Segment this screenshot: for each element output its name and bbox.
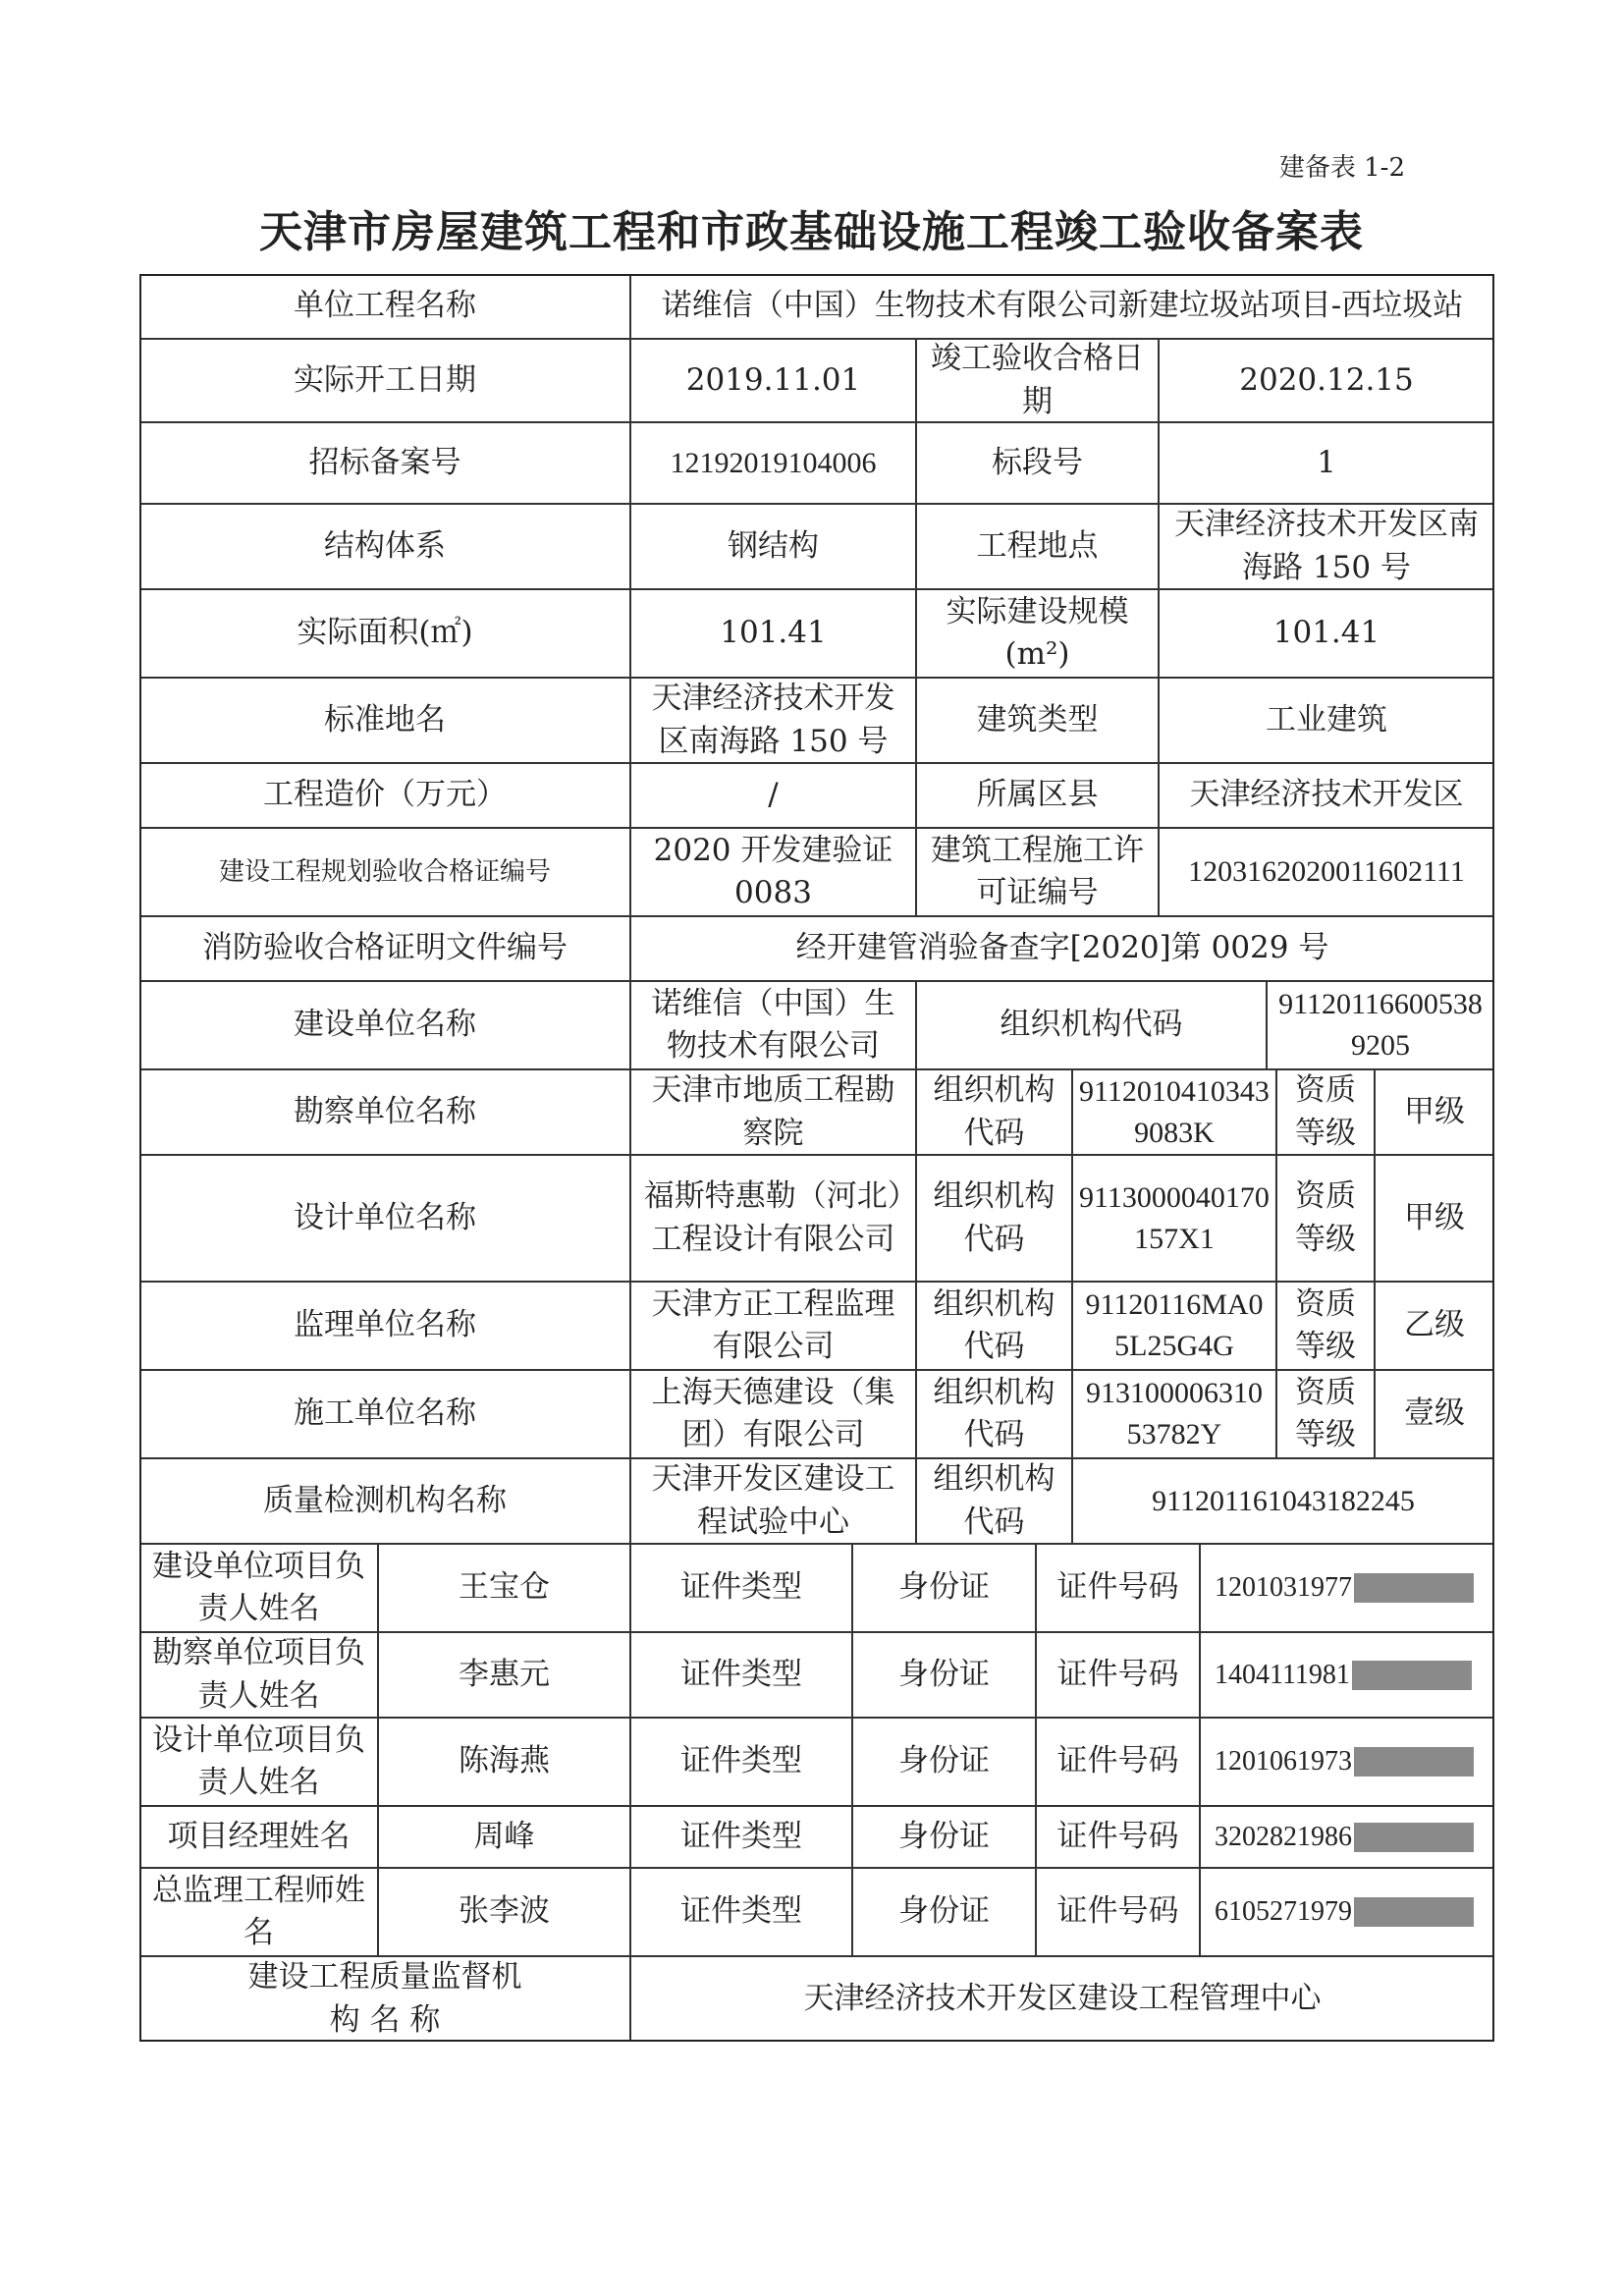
redaction-bar: [1352, 1661, 1472, 1690]
label-construction-permit: 建筑工程施工许可证编号: [916, 828, 1159, 916]
label-id-type: 证件类型: [630, 1544, 852, 1632]
label-area: 实际面积(㎡): [139, 589, 630, 678]
id-no-visible: 1201031977: [1215, 1568, 1352, 1607]
value-start-date: 2019.11.01: [630, 339, 916, 422]
label-design-grade: 资质等级: [1276, 1155, 1375, 1282]
value-contractor-grade: 壹级: [1375, 1370, 1494, 1458]
label-id-type: 证件类型: [630, 1806, 852, 1868]
person-role: 项目经理姓名: [139, 1806, 378, 1868]
value-testing-org-code: 911201161043182245: [1072, 1458, 1494, 1544]
person-id-type: 身份证: [852, 1544, 1036, 1632]
label-supervision-agency: 建设工程质量监督机 构 名 称: [139, 1956, 630, 2042]
person-id-type: 身份证: [852, 1632, 1036, 1718]
value-bid-no: 12192019104006: [630, 422, 916, 504]
label-testing-org-code: 组织机构代码: [916, 1458, 1072, 1544]
label-scale: 实际建设规模(m²): [916, 589, 1159, 678]
label-completion-date: 竣工验收合格日期: [916, 339, 1159, 422]
label-cost: 工程造价（万元）: [139, 763, 630, 828]
label-contractor-org-code: 组织机构代码: [916, 1370, 1072, 1458]
label-developer-org-code: 组织机构代码: [916, 981, 1267, 1069]
label-testing-agency: 质量检测机构名称: [139, 1458, 630, 1544]
value-project-name: 诺维信（中国）生物技术有限公司新建垃圾站项目-西垃圾站: [630, 274, 1494, 339]
id-no-visible: 1201061973: [1215, 1742, 1352, 1780]
label-supervisor-grade: 资质等级: [1276, 1282, 1375, 1370]
label-structure: 结构体系: [139, 504, 630, 589]
value-std-address: 天津经济技术开发区南海路 150 号: [630, 678, 916, 763]
label-building-type: 建筑类型: [916, 678, 1159, 763]
label-supervisor-unit: 监理单位名称: [139, 1282, 630, 1370]
label-contractor-grade: 资质等级: [1276, 1370, 1375, 1458]
person-id-no: 1201031977: [1200, 1544, 1494, 1632]
value-cost: /: [630, 763, 916, 828]
value-supervision-agency: 天津经济技术开发区建设工程管理中心: [630, 1956, 1494, 2042]
id-no-visible: 3202821986: [1215, 1818, 1352, 1856]
person-role: 勘察单位项目负责人姓名: [139, 1632, 378, 1718]
redaction-bar: [1354, 1897, 1474, 1927]
value-planning-cert: 2020 开发建验证 0083: [630, 828, 916, 916]
person-name: 王宝仓: [378, 1544, 630, 1632]
value-fire-cert: 经开建管消验备查字[2020]第 0029 号: [630, 916, 1494, 981]
label-survey-unit: 勘察单位名称: [139, 1069, 630, 1155]
label-std-address: 标准地名: [139, 678, 630, 763]
value-design-org-code: 9113000040170157X1: [1072, 1155, 1276, 1282]
value-survey-grade: 甲级: [1375, 1069, 1494, 1155]
form-code: 建备表 1-2: [1279, 147, 1405, 184]
label-project-name: 单位工程名称: [139, 274, 630, 339]
person-role: 建设单位项目负责人姓名: [139, 1544, 378, 1632]
page-title: 天津市房屋建筑工程和市政基础设施工程竣工验收备案表: [0, 196, 1623, 259]
person-role: 总监理工程师姓名: [139, 1868, 378, 1956]
label-contractor-unit: 施工单位名称: [139, 1370, 630, 1458]
value-design-grade: 甲级: [1375, 1155, 1494, 1282]
person-role: 设计单位项目负责人姓名: [139, 1718, 378, 1806]
person-name: 周峰: [378, 1806, 630, 1868]
value-design-unit-name: 福斯特惠勒（河北）工程设计有限公司: [630, 1155, 916, 1282]
label-location: 工程地点: [916, 504, 1159, 589]
value-supervisor-unit-name: 天津方正工程监理有限公司: [630, 1282, 916, 1370]
label-planning-cert: 建设工程规划验收合格证编号: [139, 828, 630, 916]
label-id-no: 证件号码: [1036, 1632, 1200, 1718]
value-scale: 101.41: [1159, 589, 1494, 678]
person-id-no: 1404111981: [1200, 1632, 1494, 1718]
label-district: 所属区县: [916, 763, 1159, 828]
value-structure: 钢结构: [630, 504, 916, 589]
id-no-visible: 1404111981: [1215, 1656, 1350, 1694]
value-section-no: 1: [1159, 422, 1494, 504]
label-id-type: 证件类型: [630, 1718, 852, 1806]
label-id-type: 证件类型: [630, 1868, 852, 1956]
label-fire-cert: 消防验收合格证明文件编号: [139, 916, 630, 981]
value-developer-org-code: 911201166005389205: [1267, 981, 1494, 1069]
value-contractor-unit-name: 上海天德建设（集团）有限公司: [630, 1370, 916, 1458]
person-name: 张李波: [378, 1868, 630, 1956]
label-id-no: 证件号码: [1036, 1718, 1200, 1806]
label-survey-org-code: 组织机构代码: [916, 1069, 1072, 1155]
value-survey-unit-name: 天津市地质工程勘察院: [630, 1069, 916, 1155]
value-completion-date: 2020.12.15: [1159, 339, 1494, 422]
label-start-date: 实际开工日期: [139, 339, 630, 422]
label-developer: 建设单位名称: [139, 981, 630, 1069]
person-name: 李惠元: [378, 1632, 630, 1718]
value-contractor-org-code: 91310000631053782Y: [1072, 1370, 1276, 1458]
person-id-type: 身份证: [852, 1718, 1036, 1806]
value-testing-agency-name: 天津开发区建设工程试验中心: [630, 1458, 916, 1544]
redaction-bar: [1354, 1573, 1474, 1603]
label-id-no: 证件号码: [1036, 1868, 1200, 1956]
label-design-unit: 设计单位名称: [139, 1155, 630, 1282]
value-construction-permit: 1203162020011602111: [1159, 828, 1494, 916]
label-design-org-code: 组织机构代码: [916, 1155, 1072, 1282]
value-survey-org-code: 91120104103439083K: [1072, 1069, 1276, 1155]
person-id-no: 3202821986: [1200, 1806, 1494, 1868]
value-supervisor-grade: 乙级: [1375, 1282, 1494, 1370]
person-id-no: 1201061973: [1200, 1718, 1494, 1806]
value-district: 天津经济技术开发区: [1159, 763, 1494, 828]
label-section-no: 标段号: [916, 422, 1159, 504]
id-no-visible: 6105271979: [1215, 1892, 1352, 1931]
person-name: 陈海燕: [378, 1718, 630, 1806]
label-bid-no: 招标备案号: [139, 422, 630, 504]
value-building-type: 工业建筑: [1159, 678, 1494, 763]
value-developer-name: 诺维信（中国）生物技术有限公司: [630, 981, 916, 1069]
person-id-type: 身份证: [852, 1806, 1036, 1868]
label-id-type: 证件类型: [630, 1632, 852, 1718]
value-area: 101.41: [630, 589, 916, 678]
label-supervisor-org-code: 组织机构代码: [916, 1282, 1072, 1370]
person-id-no: 6105271979: [1200, 1868, 1494, 1956]
redaction-bar: [1354, 1823, 1474, 1852]
person-id-type: 身份证: [852, 1868, 1036, 1956]
label-id-no: 证件号码: [1036, 1544, 1200, 1632]
redaction-bar: [1354, 1747, 1474, 1777]
value-location: 天津经济技术开发区南海路 150 号: [1159, 504, 1494, 589]
label-survey-grade: 资质等级: [1276, 1069, 1375, 1155]
value-supervisor-org-code: 91120116MA05L25G4G: [1072, 1282, 1276, 1370]
label-id-no: 证件号码: [1036, 1806, 1200, 1868]
